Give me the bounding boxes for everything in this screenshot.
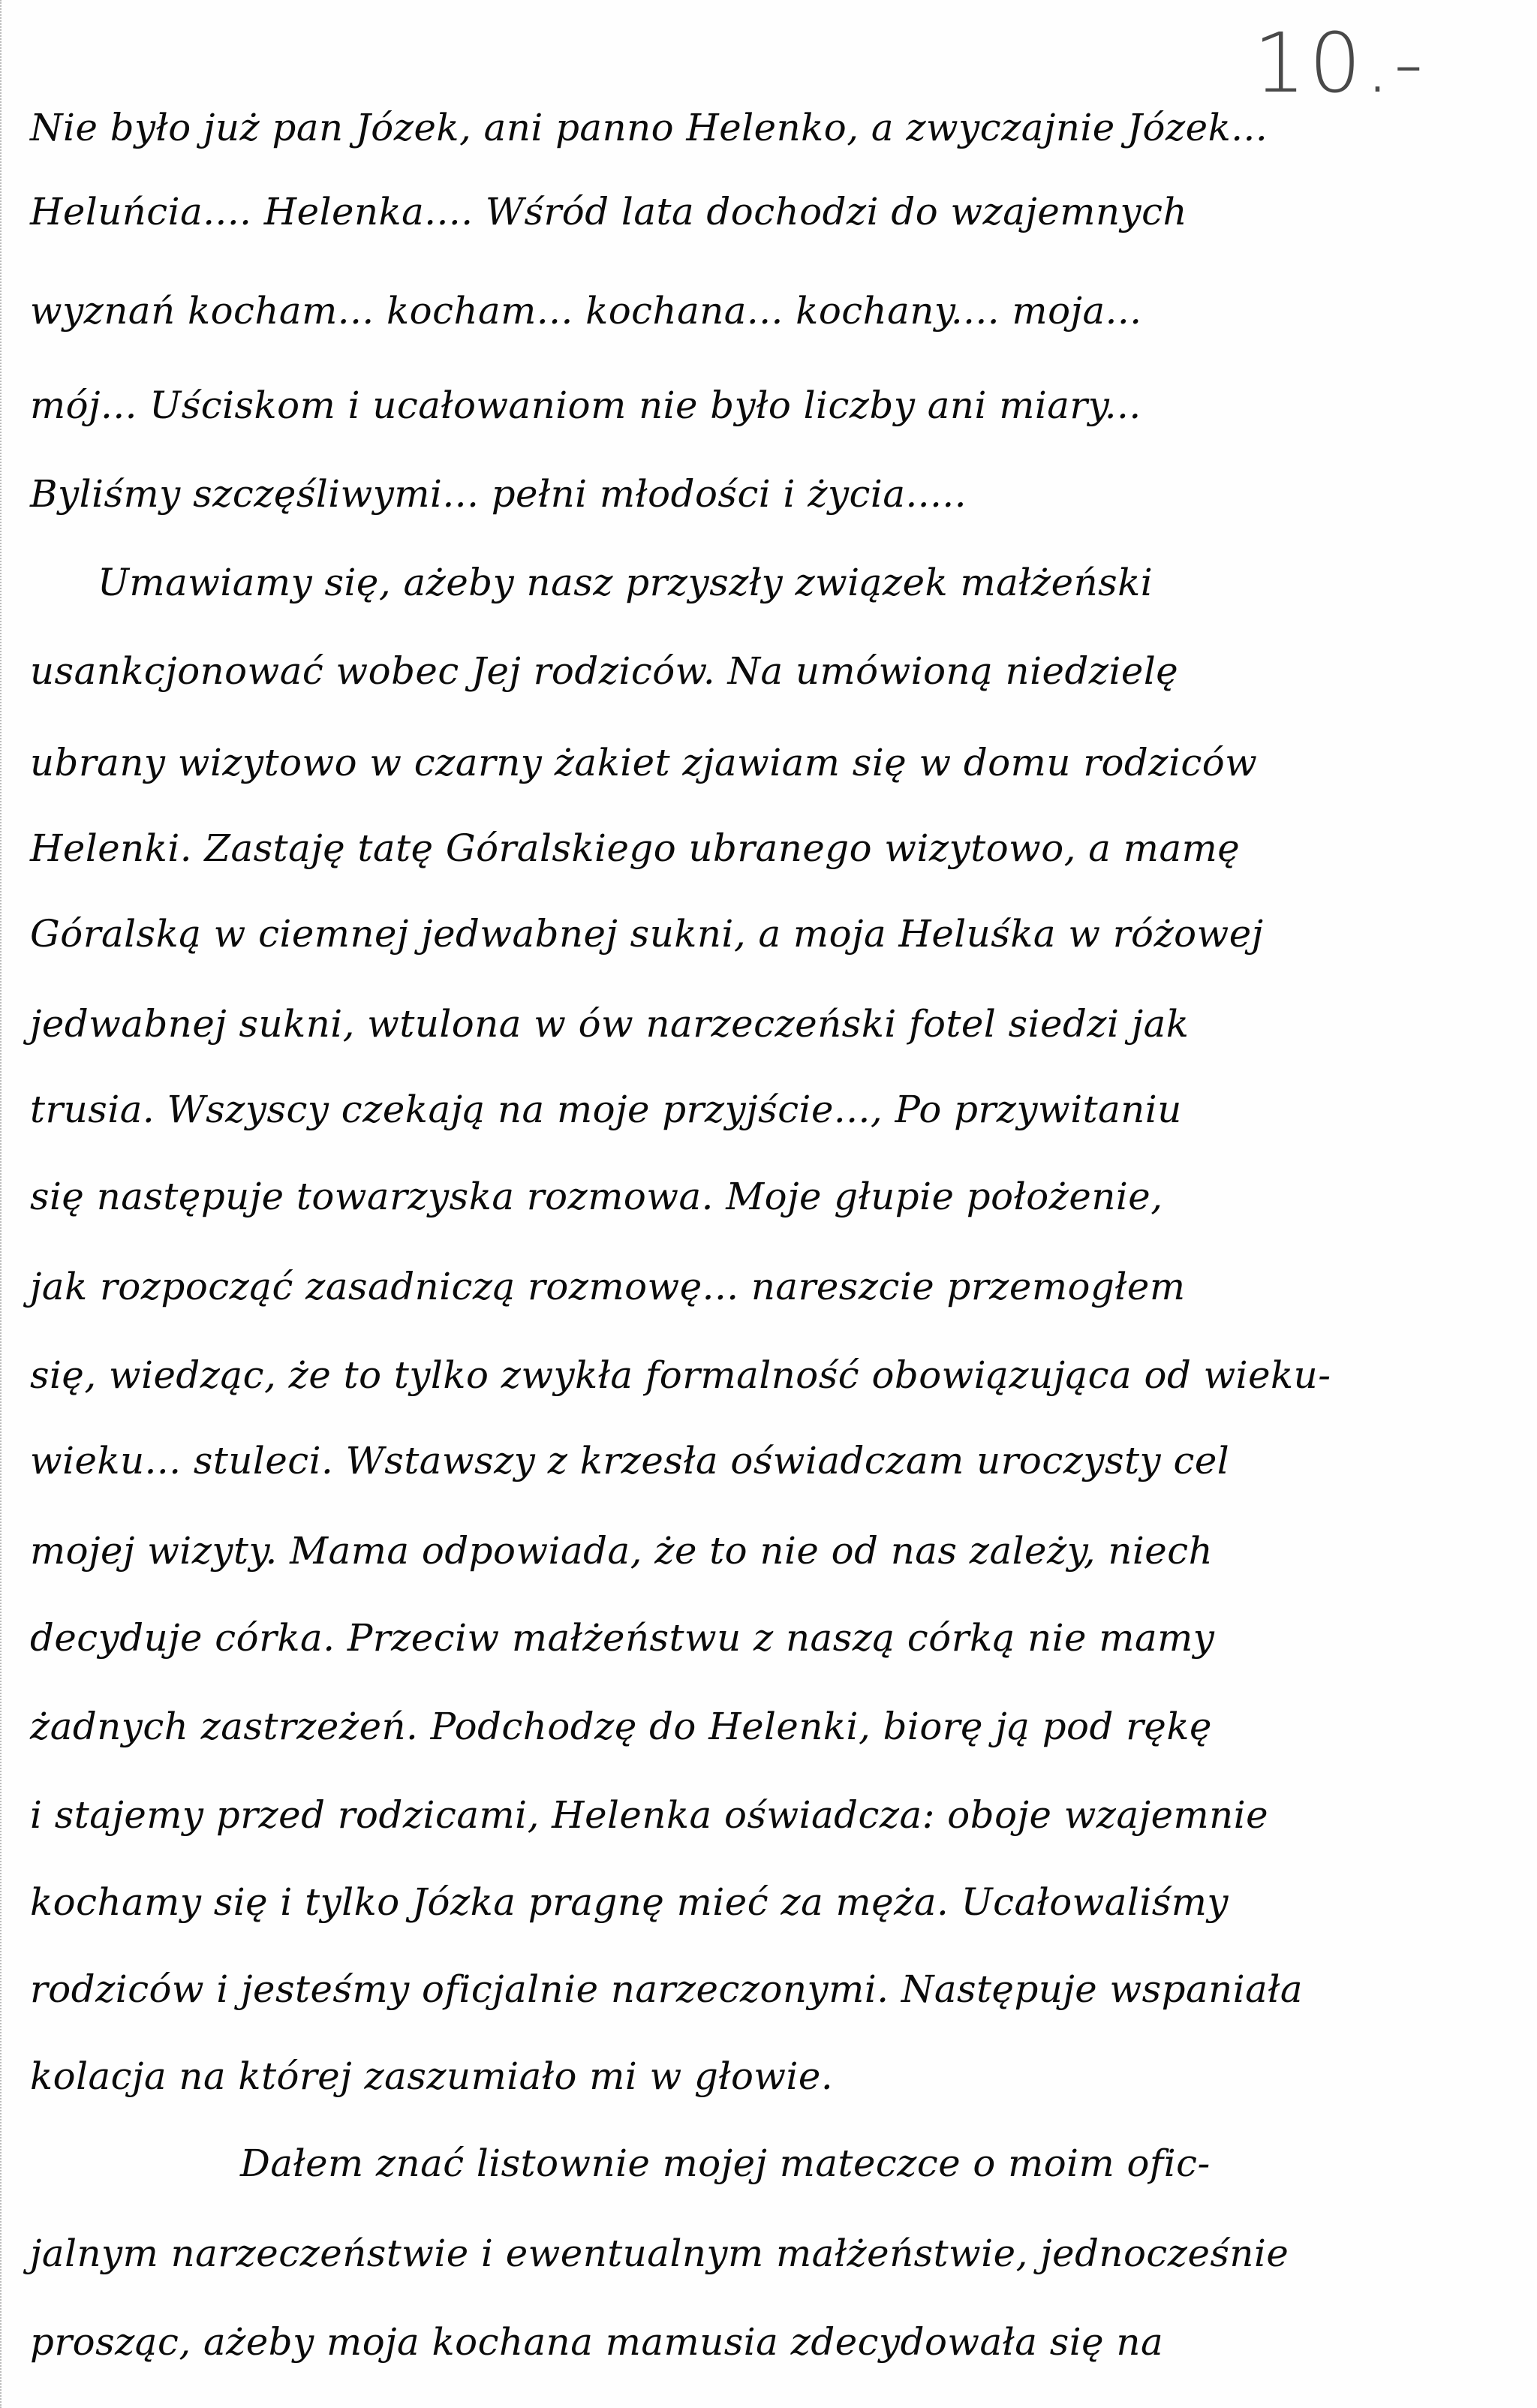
text-line: decyduje córka. Przeciw małżeństwu z nas… [30, 1615, 1514, 1660]
text-line: się następuje towarzyska rozmowa. Moje g… [30, 1174, 1514, 1219]
text-line: i stajemy przed rodzicami, Helenka oświa… [30, 1792, 1514, 1838]
text-line: jak rozpocząć zasadniczą rozmowę... nare… [30, 1264, 1514, 1309]
text-line: prosząc, ażeby moja kochana mamusia zdec… [30, 2319, 1514, 2364]
text-line: wyznań kocham... kocham... kochana... ko… [30, 288, 1514, 333]
text-line: mój... Uściskom i ucałowaniom nie było l… [30, 383, 1514, 428]
text-line: jedwabnej sukni, wtulona w ów narzeczeńs… [30, 1001, 1514, 1046]
text-line: mojej wizyty. Mama odpowiada, że to nie … [30, 1528, 1514, 1573]
text-line: Heluńcia.... Helenka.... Wśród lata doch… [30, 189, 1514, 234]
text-line: trusia. Wszyscy czekają na moje przyjści… [30, 1087, 1514, 1132]
text-line: Byliśmy szczęśliwymi... pełni młodości i… [30, 471, 1514, 516]
text-line: Dałem znać listownie mojej mateczce o mo… [240, 2141, 1514, 2186]
text-line: rodziców i jesteśmy oficjalnie narzeczon… [30, 1967, 1514, 2012]
text-line: jalnym narzeczeństwie i ewentualnym małż… [30, 2231, 1514, 2276]
scan-edge [0, 0, 5, 2408]
text-line: wieku... stuleci. Wstawszy z krzesła ośw… [30, 1438, 1514, 1483]
handwritten-page: 10.- Nie było już pan Józek, ani panno H… [0, 0, 1537, 2408]
text-line: żadnych zastrzeżeń. Podchodzę do Helenki… [30, 1704, 1514, 1749]
page-number: 10.- [1253, 15, 1427, 111]
text-line: się, wiedząc, że to tylko zwykła formaln… [30, 1353, 1514, 1398]
text-line: usankcjonować wobec Jej rodziców. Na umó… [30, 649, 1514, 694]
text-line: ubrany wizytowo w czarny żakiet zjawiam … [30, 740, 1514, 785]
text-line: kochamy się i tylko Józka pragnę mieć za… [30, 1880, 1514, 1925]
text-line: Helenki. Zastaję tatę Góralskiego ubrane… [30, 826, 1514, 871]
text-line: Nie było już pan Józek, ani panno Helenk… [30, 105, 1514, 150]
text-line: Góralską w ciemnej jedwabnej sukni, a mo… [30, 911, 1514, 956]
text-line: Umawiamy się, ażeby nasz przyszły związe… [98, 560, 1515, 605]
text-line: kolacja na której zaszumiało mi w głowie… [30, 2054, 1514, 2099]
